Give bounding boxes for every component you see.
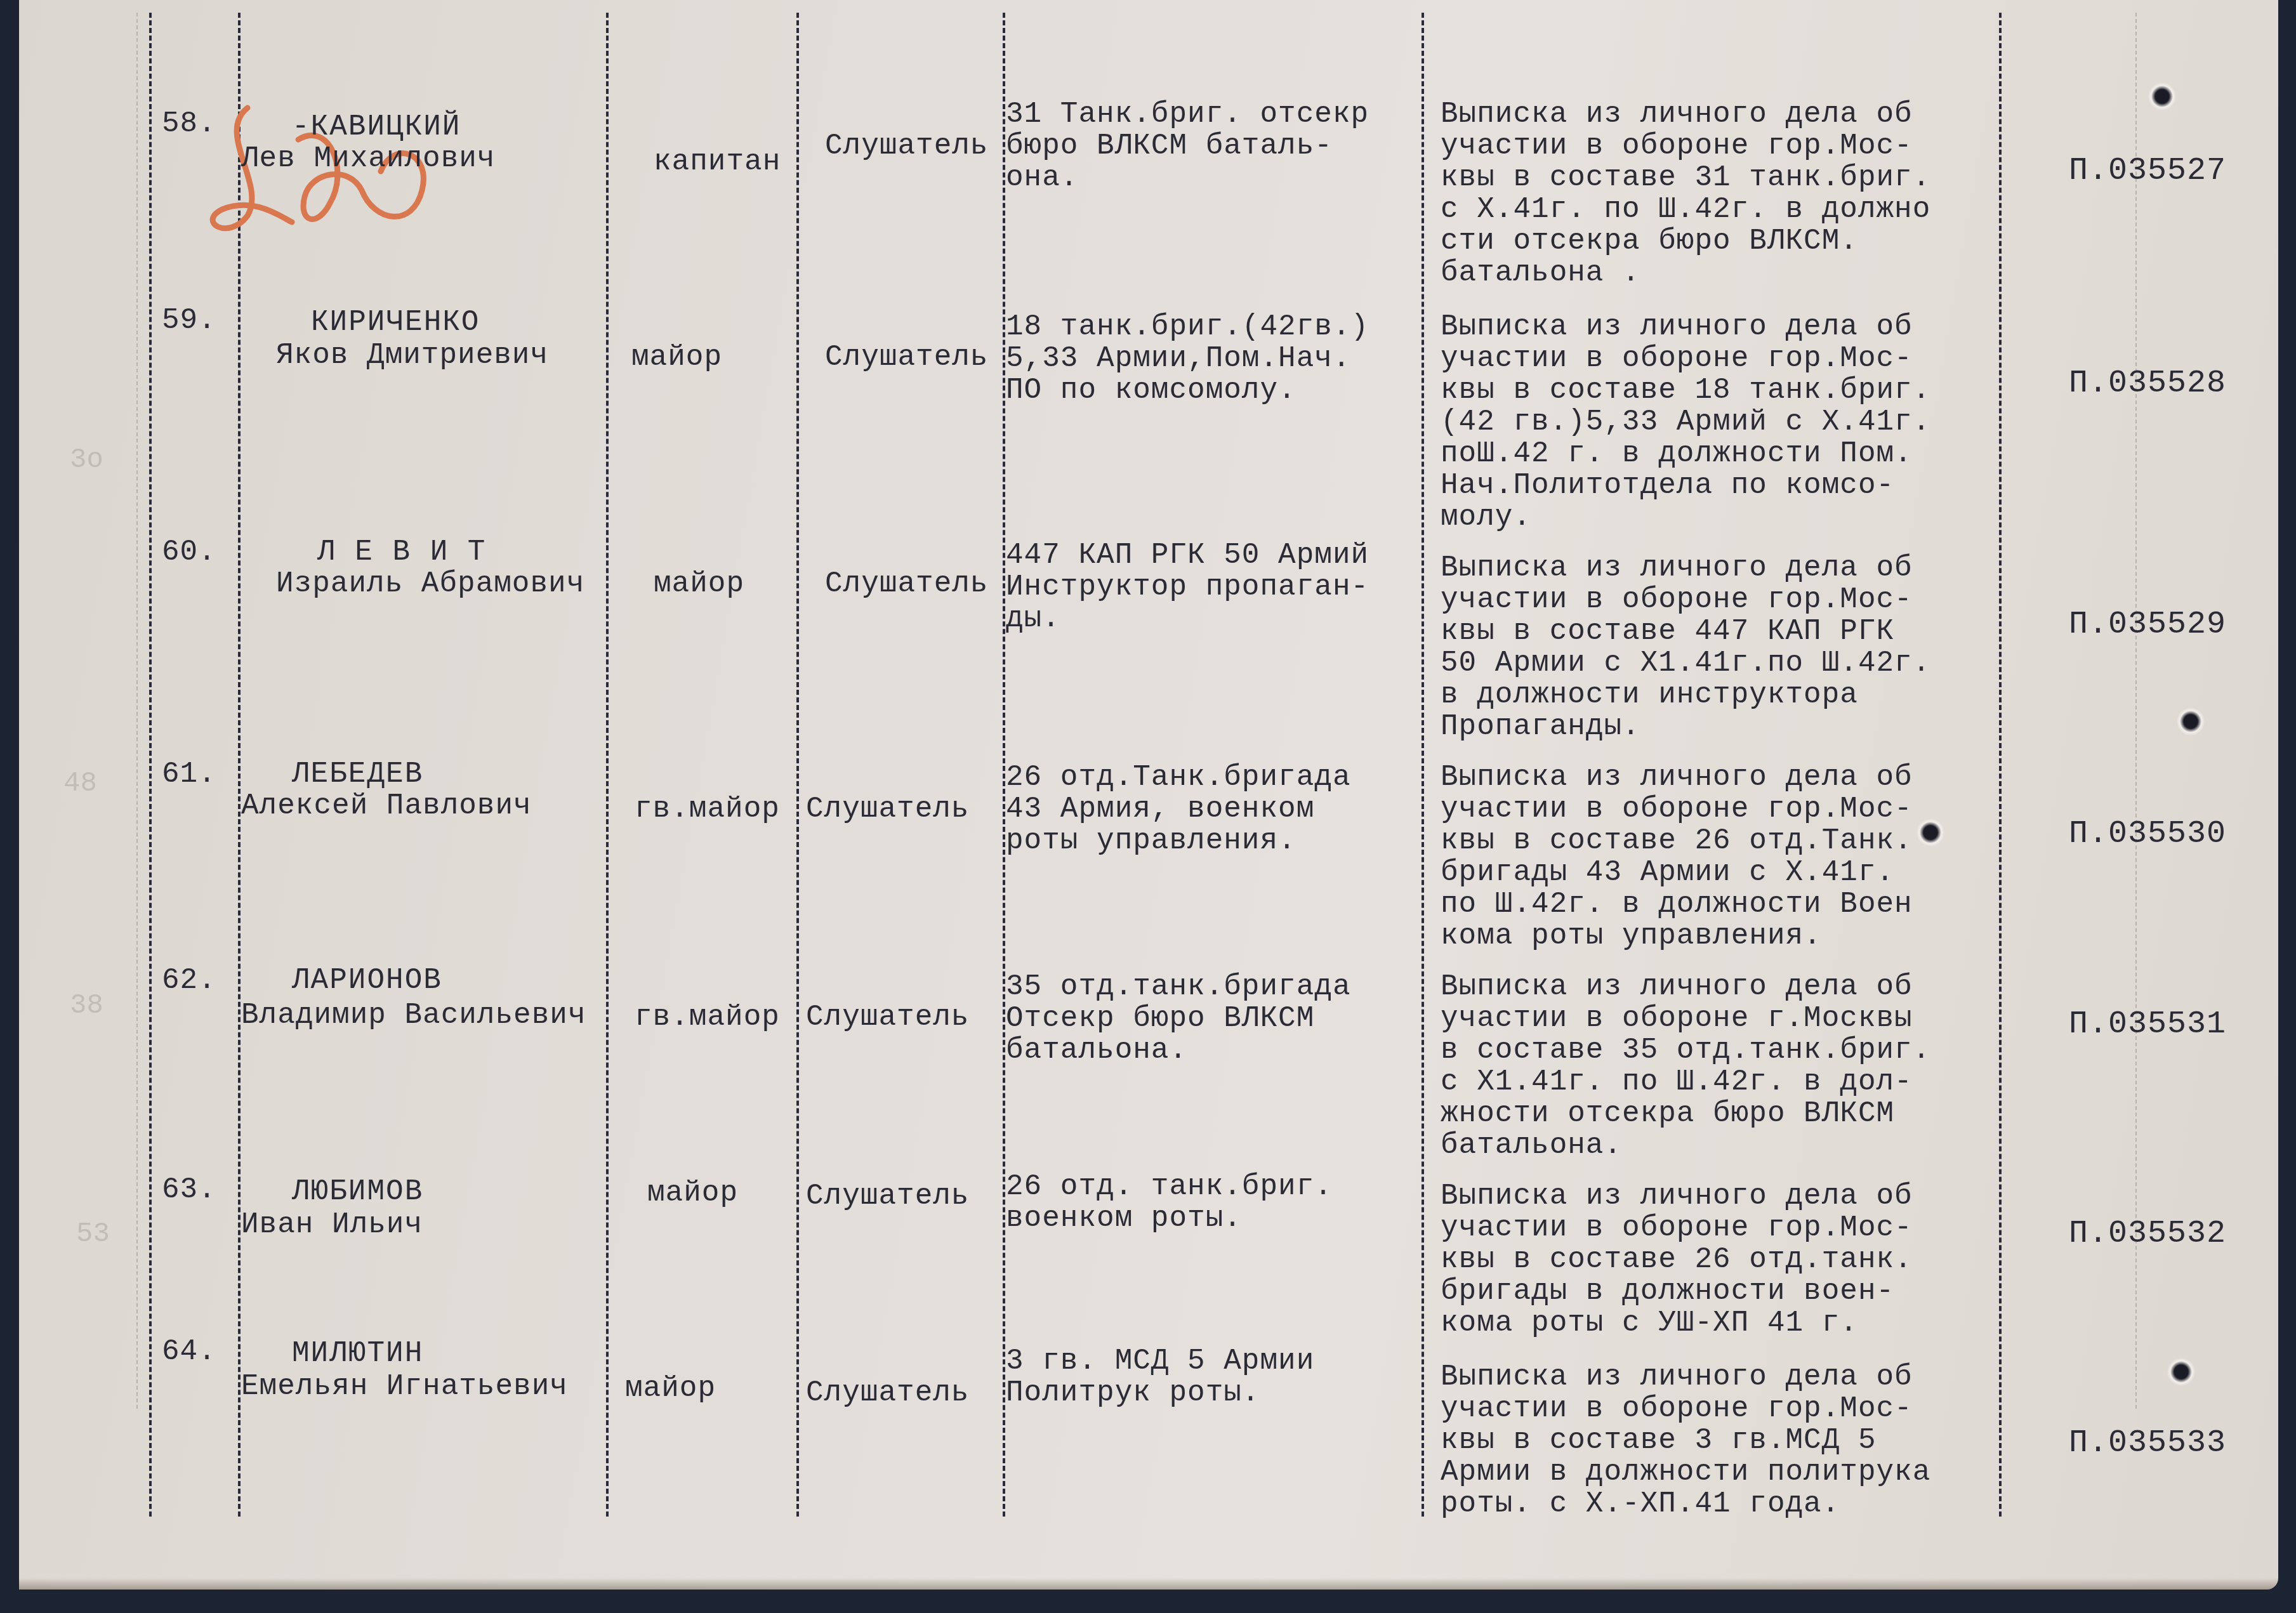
rank: гв.майор — [635, 1001, 780, 1033]
rank: майор — [625, 1373, 716, 1404]
basis-cell: Выписка из личного дела об участии в обо… — [1441, 98, 1930, 289]
given-names: Израиль Абрамович — [276, 568, 584, 600]
row-number: 62. — [162, 965, 216, 996]
position: Слушатель — [825, 341, 988, 373]
basis-cell: Выписка из личного дела об участии в обо… — [1441, 971, 1930, 1161]
surname: Л Е В И Т — [317, 536, 486, 568]
surname: МИЛЮТИН — [292, 1338, 423, 1369]
position: Слушатель — [806, 793, 969, 825]
punch-hole — [1917, 819, 1944, 846]
column-divider-position — [1003, 13, 1005, 1517]
margin-rule-line — [136, 13, 138, 1409]
award-serial: П.035532 — [2069, 1218, 2226, 1250]
surname: -КАВИЦКИЙ — [292, 111, 461, 143]
serial-guide-line — [2135, 13, 2137, 1409]
unit-cell: 31 Танк.бриг. отсекр бюро ВЛКСМ баталь- … — [1006, 98, 1369, 194]
punch-hole — [2177, 708, 2205, 735]
bleed-through-mark: 38 — [70, 990, 103, 1022]
rank: майор — [654, 568, 744, 600]
given-names: Лев Михаилович — [241, 143, 495, 174]
award-serial: П.035527 — [2069, 155, 2226, 187]
basis-cell: Выписка из личного дела об участии в обо… — [1441, 552, 1930, 742]
unit-cell: 447 КАП РГК 50 Армий Инструктор пропаган… — [1006, 539, 1369, 635]
surname: ЛЮБИМОВ — [292, 1176, 423, 1208]
column-divider-left-margin — [149, 13, 152, 1517]
position: Слушатель — [806, 1377, 969, 1409]
award-serial: П.035529 — [2069, 609, 2226, 641]
given-names: Яков Дмитриевич — [276, 339, 548, 371]
svg-text:260: 260 — [203, 95, 221, 98]
row-number: 64. — [162, 1336, 216, 1367]
column-divider-basis — [1999, 13, 2002, 1517]
unit-cell: 3 гв. МСД 5 Армии Политрук роты. — [1006, 1345, 1314, 1409]
basis-cell: Выписка из личного дела об участии в обо… — [1441, 311, 1930, 533]
award-serial: П.035533 — [2069, 1428, 2226, 1459]
rank: майор — [631, 341, 722, 373]
unit-cell: 26 отд.Танк.бригада 43 Армия, военком ро… — [1006, 761, 1351, 857]
given-names: Иван Ильич — [241, 1209, 423, 1241]
row-number: 63. — [162, 1174, 216, 1206]
unit-cell: 26 отд. танк.бриг. военком роты. — [1006, 1171, 1333, 1234]
given-names: Владимир Васильевич — [241, 999, 586, 1031]
unit-cell: 35 отд.танк.бригада Отсекр бюро ВЛКСМ ба… — [1006, 971, 1351, 1066]
rank: майор — [647, 1177, 738, 1209]
punch-hole — [2148, 82, 2176, 110]
column-divider-rank — [796, 13, 799, 1517]
surname: КИРИЧЕНКО — [311, 306, 480, 338]
row-number: 58. — [162, 108, 216, 140]
surname: ЛАРИОНОВ — [292, 965, 442, 996]
bleed-through-mark: 48 — [63, 768, 97, 800]
unit-cell: 18 танк.бриг.(42гв.) 5,33 Армии,Пом.Нач.… — [1006, 311, 1369, 406]
punch-hole — [2167, 1358, 2195, 1386]
award-serial: П.035528 — [2069, 368, 2226, 400]
document-page: 3o 48 38 53 260 58. -КАВИЦКИЙ Лев Михаил… — [19, 0, 2278, 1590]
column-divider-unit — [1422, 13, 1424, 1517]
given-names: Емельян Игнатьевич — [241, 1371, 568, 1402]
position: Слушатель — [806, 1001, 969, 1033]
row-number: 60. — [162, 536, 216, 568]
bleed-through-mark: 3o — [70, 444, 103, 476]
position: Слушатель — [825, 568, 988, 600]
position: Слушатель — [825, 130, 988, 162]
bleed-through-mark: 53 — [76, 1218, 110, 1250]
award-serial: П.035531 — [2069, 1009, 2226, 1041]
given-names: Алексей Павлович — [241, 790, 532, 822]
row-number: 59. — [162, 305, 216, 336]
surname: ЛЕБЕДЕВ — [292, 758, 423, 790]
row-number: 61. — [162, 758, 216, 790]
basis-cell: Выписка из личного дела об участии в обо… — [1441, 1180, 1913, 1339]
column-divider-name — [606, 13, 609, 1517]
basis-cell: Выписка из личного дела об участии в обо… — [1441, 1361, 1930, 1520]
basis-cell: Выписка из личного дела об участии в обо… — [1441, 761, 1913, 952]
position: Слушатель — [806, 1180, 969, 1212]
award-serial: П.035530 — [2069, 819, 2226, 850]
rank: гв.майор — [635, 793, 780, 825]
rank: капитан — [654, 146, 781, 178]
